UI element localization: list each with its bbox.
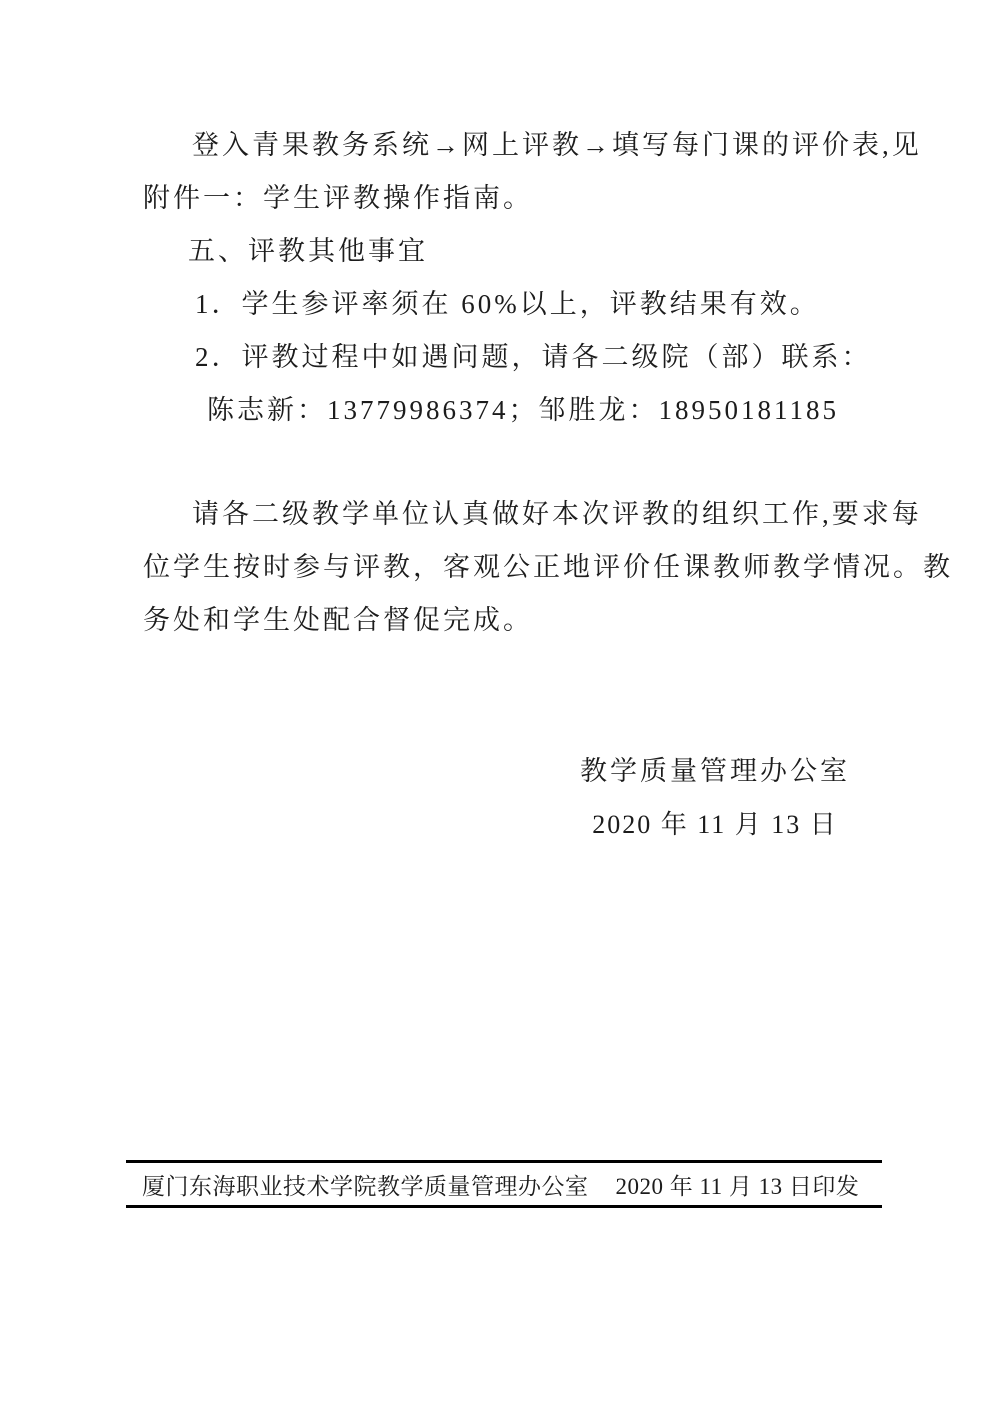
signature-office: 教学质量管理办公室 bbox=[580, 744, 850, 798]
imprint-print-date: 2020 年 11 月 13 日印发 bbox=[616, 1168, 860, 1201]
line-attachment-ref: 附件一：学生评教操作指南。 bbox=[143, 172, 859, 225]
item-contact-note: 2．评教过程中如遇问题，请各二级院（部）联系： bbox=[143, 331, 859, 384]
imprint-footer: 厦门东海职业技术学院教学质量管理办公室 2020 年 11 月 13 日印发 bbox=[126, 1160, 882, 1208]
signature-date: 2020 年 11 月 13 日 bbox=[580, 798, 850, 852]
item-participation-rate: 1．学生参评率须在 60%以上，评教结果有效。 bbox=[143, 278, 859, 331]
document-body: 登入青果教务系统→网上评教→填写每门课的评价表,见 附件一：学生评教操作指南。 … bbox=[143, 119, 859, 647]
signature-block: 教学质量管理办公室 2020 年 11 月 13 日 bbox=[580, 744, 850, 852]
line-contact-numbers: 陈志新：13779986374；邹胜龙：18950181185 bbox=[143, 384, 859, 437]
document-page: 登入青果教务系统→网上评教→填写每门课的评价表,见 附件一：学生评教操作指南。 … bbox=[0, 0, 992, 1403]
imprint-issuer: 厦门东海职业技术学院教学质量管理办公室 bbox=[142, 1168, 589, 1201]
line-closing-request-2: 位学生按时参与评教，客观公正地评价任课教师教学情况。教 bbox=[143, 541, 859, 594]
section-five-heading: 五、评教其他事宜 bbox=[143, 225, 859, 278]
line-login-flow: 登入青果教务系统→网上评教→填写每门课的评价表,见 bbox=[143, 119, 859, 172]
line-closing-request-1: 请各二级教学单位认真做好本次评教的组织工作,要求每 bbox=[143, 488, 859, 541]
blank-line bbox=[143, 437, 859, 488]
line-closing-request-3: 务处和学生处配合督促完成。 bbox=[143, 594, 859, 647]
